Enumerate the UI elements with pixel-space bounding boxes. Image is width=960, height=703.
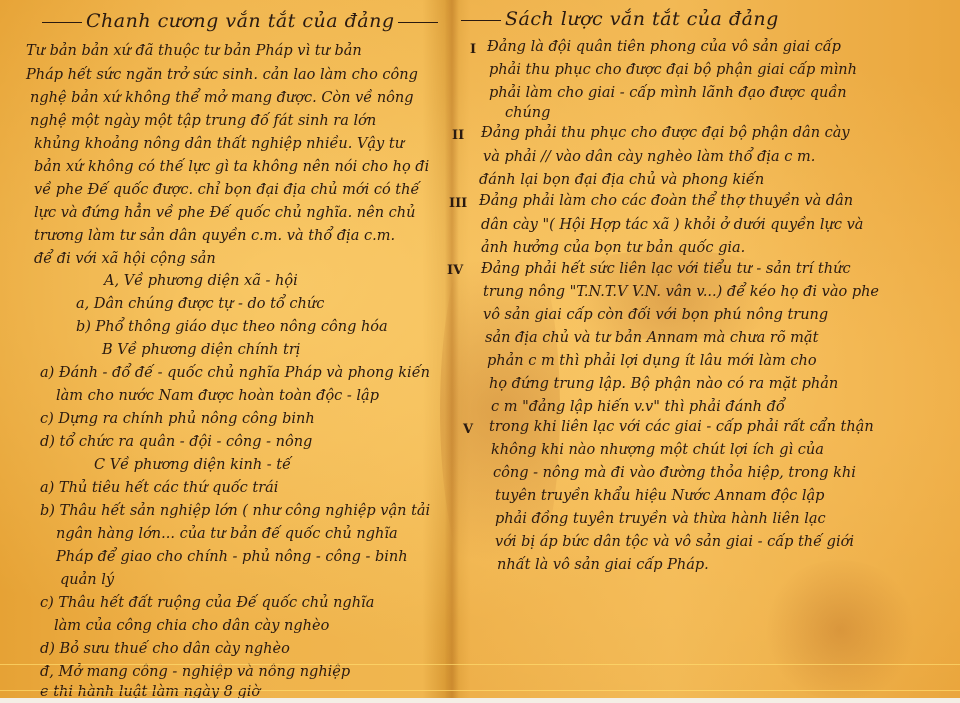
- intro-line: để đi với xã hội cộng sản: [34, 252, 216, 267]
- point-line: chúng: [505, 106, 550, 121]
- point-line: phải làm cho giai - cấp mình lãnh đạo đư…: [489, 86, 847, 101]
- section-item: c) Dựng ra chính phủ nông công binh: [40, 412, 315, 427]
- intro-line: khủng khoảng nông dân thất nghiệp nhiều.…: [34, 137, 404, 152]
- scan-border: [0, 698, 960, 703]
- section-item: làm cho nước Nam được hoàn toàn độc - lậ…: [56, 389, 379, 404]
- point-line: c m "đảng lập hiến v.v" thì phải đánh đổ: [491, 400, 785, 415]
- point-line: Đảng là đội quân tiên phong của vô sản g…: [487, 40, 841, 55]
- point-numeral: I: [470, 42, 476, 57]
- point-line: họ đứng trung lập. Bộ phận nào có ra mặt…: [489, 377, 838, 392]
- intro-line: Pháp hết sức ngăn trở sức sinh. cản lao …: [26, 68, 418, 83]
- point-line: vô sản giai cấp còn đối với bọn phú nông…: [483, 308, 828, 323]
- point-line: Đảng phải hết sức liên lạc với tiểu tư -…: [481, 262, 851, 277]
- point-numeral: II: [452, 128, 464, 143]
- point-line: phải thu phục cho được đại bộ phận giai …: [489, 63, 857, 78]
- section-heading: A, Về phương diện xã - hội: [104, 274, 298, 289]
- section-item: quản lý: [60, 573, 114, 588]
- paper-fold-line: [0, 664, 960, 665]
- title-rule: [398, 22, 438, 23]
- point-line: tuyên truyền khẩu hiệu Nước Annam độc lậ…: [495, 489, 824, 504]
- point-line: trong khi liên lạc với các giai - cấp ph…: [489, 420, 874, 435]
- title-rule: [461, 20, 501, 21]
- point-numeral: III: [449, 196, 467, 211]
- section-heading: B Về phương diện chính trị: [102, 343, 300, 358]
- point-line: ảnh hưởng của bọn tư bản quốc gia.: [481, 241, 745, 256]
- section-item: ngân hàng lớn... của tư bản đế quốc chủ …: [56, 527, 398, 542]
- point-numeral: V: [463, 422, 473, 437]
- intro-line: nghệ bản xứ không thể mở mang được. Còn …: [30, 91, 414, 106]
- intro-line: bản xứ không có thế lực gì ta không nên …: [34, 160, 429, 175]
- point-line: với bị áp bức dân tộc và vô sản giai - c…: [495, 535, 854, 550]
- point-line: không khi nào nhượng một chút lợi ích gì…: [491, 443, 824, 458]
- intro-line: Tư bản bản xứ đã thuộc tư bản Pháp vì tư…: [26, 44, 362, 59]
- point-line: Đảng phải thu phục cho được đại bộ phận …: [481, 126, 850, 141]
- point-line: sản địa chủ và tư bản Annam mà chưa rõ m…: [485, 331, 818, 346]
- right-page: Sách lược vắn tắt của đảng I Đảng là đội…: [455, 0, 960, 703]
- section-item: d) Bỏ sưu thuế cho dân cày nghèo: [40, 642, 290, 657]
- intro-line: lực và đứng hẳn về phe Đế quốc chủ nghĩa…: [34, 206, 415, 221]
- section-item: Pháp để giao cho chính - phủ nông - công…: [56, 550, 408, 565]
- section-item: a) Thủ tiêu hết các thứ quốc trái: [40, 481, 278, 496]
- document-spread: Chanh cương vắn tắt của đảng Tư bản bản …: [0, 0, 960, 703]
- section-item: c) Thâu hết đất ruộng của Đế quốc chủ ng…: [40, 596, 374, 611]
- section-item: b) Phổ thông giáo dục theo nông công hóa: [76, 320, 388, 335]
- intro-line: nghệ một ngày một tập trung đố fát sinh …: [30, 114, 376, 129]
- section-item: b) Thâu hết sản nghiệp lớn ( như công ng…: [40, 504, 430, 519]
- title-rule: [42, 22, 82, 23]
- intro-line: về phe Đế quốc được. chỉ bọn đại địa chủ…: [34, 183, 419, 198]
- intro-line: trương làm tư sản dân quyền c.m. và thổ …: [34, 229, 395, 244]
- point-line: và phải // vào dân cày nghèo làm thổ địa…: [483, 150, 815, 165]
- section-item: a) Đánh - đổ đế - quốc chủ nghĩa Pháp và…: [40, 366, 430, 381]
- section-heading: C Về phương diện kinh - tế: [94, 458, 291, 473]
- section-item: làm của công chia cho dân cày nghèo: [54, 619, 329, 634]
- point-line: đánh lại bọn đại địa chủ và phong kiến: [479, 173, 764, 188]
- section-item: d) tổ chức ra quân - đội - công - nông: [40, 435, 312, 450]
- point-line: công - nông mà đi vào đường thỏa hiệp, t…: [493, 466, 856, 481]
- point-line: Đảng phải làm cho các đoàn thể thợ thuyề…: [479, 194, 853, 209]
- point-line: dân cày "( Hội Hợp tác xã ) khỏi ở dưới …: [481, 218, 863, 233]
- point-line: trung nông "T.N.T.V V.N. vân v...) để ké…: [483, 285, 879, 300]
- point-numeral: IV: [447, 263, 463, 278]
- right-page-title: Sách lược vắn tắt của đảng: [457, 8, 779, 30]
- section-item: đ, Mở mang công - nghiệp và nông nghiệp: [40, 665, 350, 680]
- section-item: a, Dân chúng được tự - do tổ chức: [76, 297, 324, 312]
- point-line: phản c m thì phải lợi dụng ít lâu mới là…: [487, 354, 817, 369]
- left-page: Chanh cương vắn tắt của đảng Tư bản bản …: [0, 0, 450, 703]
- paper-fold-line: [0, 690, 960, 691]
- left-page-title: Chanh cương vắn tắt của đảng: [38, 10, 442, 32]
- point-line: nhất là vô sản giai cấp Pháp.: [497, 558, 709, 573]
- point-line: phải đồng tuyên truyền và thừa hành liên…: [495, 512, 826, 527]
